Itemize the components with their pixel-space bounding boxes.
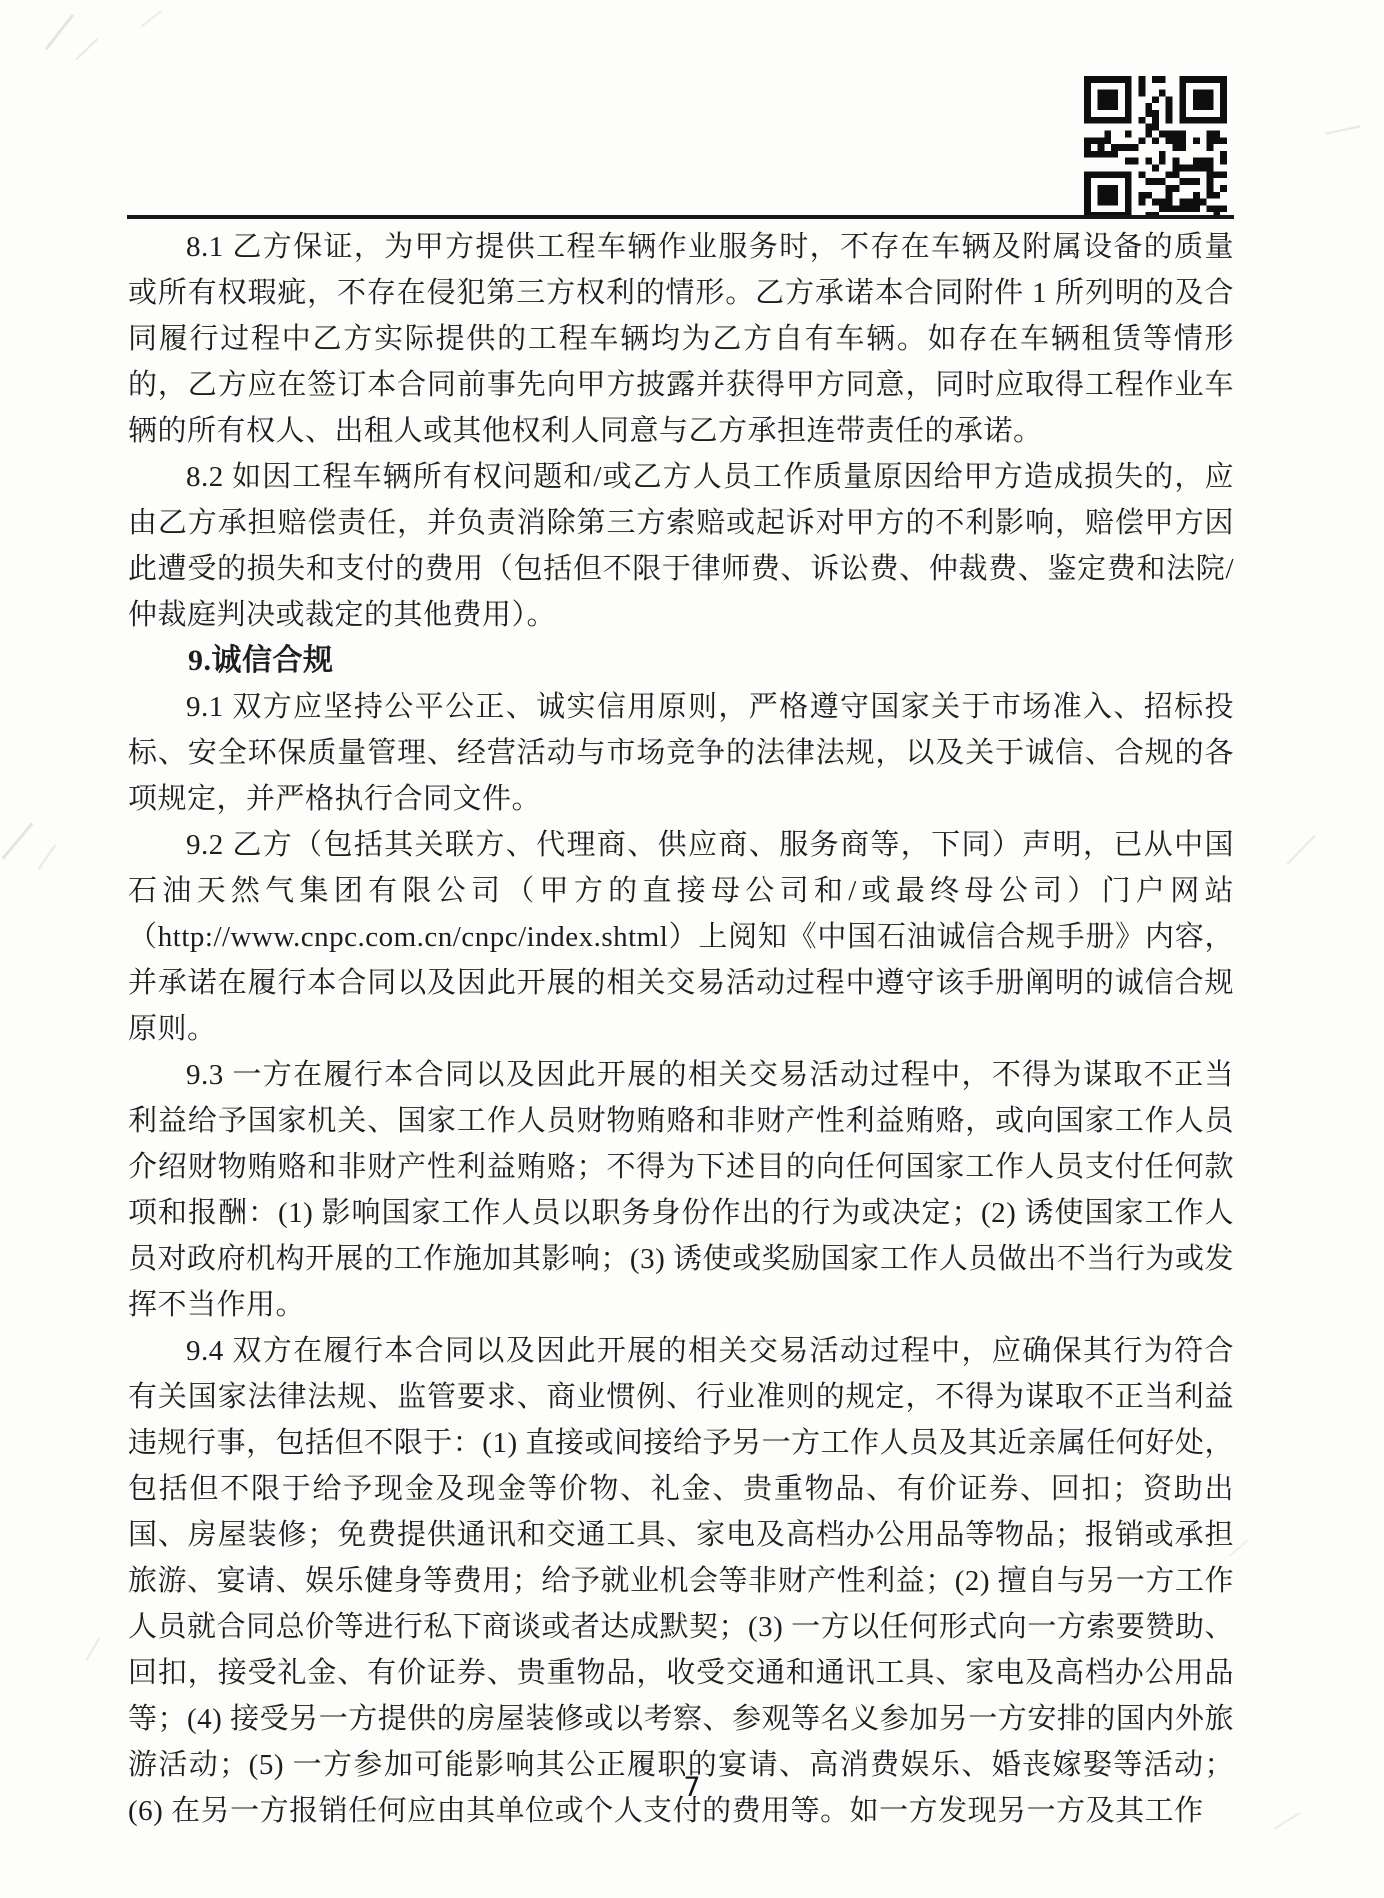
scan-artifact <box>45 14 74 51</box>
clause-9-1: 9.1 双方应坚持公平公正、诚实信用原则，严格遵守国家关于市场准入、招标投标、安… <box>128 684 1234 822</box>
scan-artifact <box>1274 1812 1301 1830</box>
clause-9-3: 9.3 一方在履行本合同以及因此开展的相关交易活动过程中，不得为谋取不正当利益给… <box>128 1052 1234 1328</box>
contract-page: 8.1 乙方保证，为甲方提供工程车辆作业服务时，不存在车辆及附属设备的质量或所有… <box>0 0 1384 1898</box>
scan-artifact <box>2 822 34 859</box>
scan-artifact <box>1286 835 1315 865</box>
clause-9-4: 9.4 双方在履行本合同以及因此开展的相关交易活动过程中，应确保其行为符合有关国… <box>128 1328 1234 1834</box>
scan-artifact <box>140 10 162 28</box>
section-9-heading: 9.诚信合规 <box>128 638 1234 684</box>
contract-body: 8.1 乙方保证，为甲方提供工程车辆作业服务时，不存在车辆及附属设备的质量或所有… <box>128 224 1234 1834</box>
qr-code-image <box>1082 76 1229 219</box>
clause-8-2: 8.2 如因工程车辆所有权问题和/或乙方人员工作质量原因给甲方造成损失的，应由乙… <box>128 454 1234 638</box>
header-rule <box>127 215 1234 219</box>
scan-artifact <box>76 38 99 60</box>
scan-artifact <box>38 844 57 870</box>
scan-artifact <box>86 1637 101 1661</box>
scan-artifact <box>1325 125 1361 134</box>
page-number: 7 <box>0 1772 1384 1803</box>
clause-8-1: 8.1 乙方保证，为甲方提供工程车辆作业服务时，不存在车辆及附属设备的质量或所有… <box>128 224 1234 454</box>
clause-9-2: 9.2 乙方（包括其关联方、代理商、供应商、服务商等，下同）声明，已从中国石油天… <box>128 822 1234 1052</box>
qr-code <box>1082 76 1229 219</box>
